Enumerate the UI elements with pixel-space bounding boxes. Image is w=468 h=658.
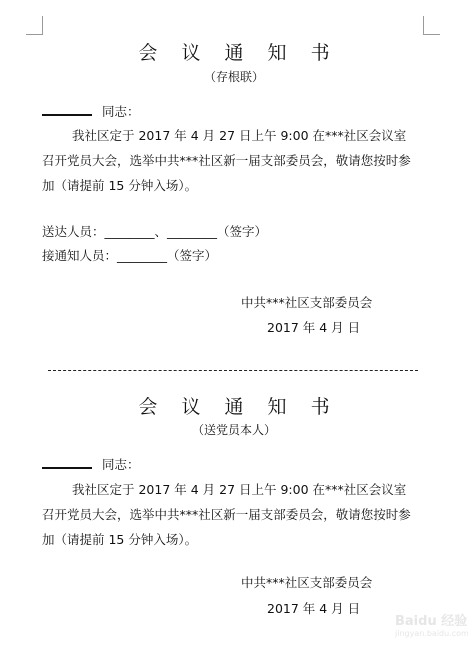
stub-receiver-line: 接通知人员：________（签字） [42,246,217,264]
name-blank [42,104,92,116]
notice-body-line-1: 我社区定于 2017 年 4 月 27 日上午 9:00 在***社区会议室 [42,480,406,498]
name-blank [42,457,92,469]
stub-body-line-3: 加（请提前 15 分钟入场）。 [42,176,197,194]
notice-title: 会 议 通 知 书 [0,392,468,419]
page-corner-mark-top-left [26,16,43,35]
notice-salutation-line: 同志： [42,455,140,473]
stub-salutation-line: 同志： [42,102,140,120]
baidu-watermark: Baidu 经验 jingyan.baidu.com [395,610,468,638]
stub-date: 2017 年 4 月 日 [267,318,360,336]
notice-date: 2017 年 4 月 日 [267,599,360,617]
notice-subtitle: （送党员本人） [0,421,468,438]
stub-org-signature: 中共***社区支部委员会 [241,293,372,311]
stub-salutation: 同志： [102,104,140,119]
notice-salutation: 同志： [102,457,140,472]
stub-title: 会 议 通 知 书 [0,38,468,65]
notice-org-signature: 中共***社区支部委员会 [241,573,372,591]
page-corner-mark-top-right [423,16,440,35]
watermark-brand: Baidu 经验 [395,614,467,629]
stub-body-line-2: 召开党员大会，选举中共***社区新一届支部委员会，敬请您按时参 [42,151,411,169]
stub-subtitle: （存根联） [0,68,468,85]
notice-body-line-3: 加（请提前 15 分钟入场）。 [42,530,197,548]
cut-separator-line [48,370,418,371]
stub-body-line-1: 我社区定于 2017 年 4 月 27 日上午 9:00 在***社区会议室 [42,126,406,144]
watermark-url: jingyan.baidu.com [395,629,468,638]
stub-deliverer-line: 送达人员：________、________（签字） [42,222,267,240]
notice-body-line-2: 召开党员大会，选举中共***社区新一届支部委员会，敬请您按时参 [42,505,411,523]
